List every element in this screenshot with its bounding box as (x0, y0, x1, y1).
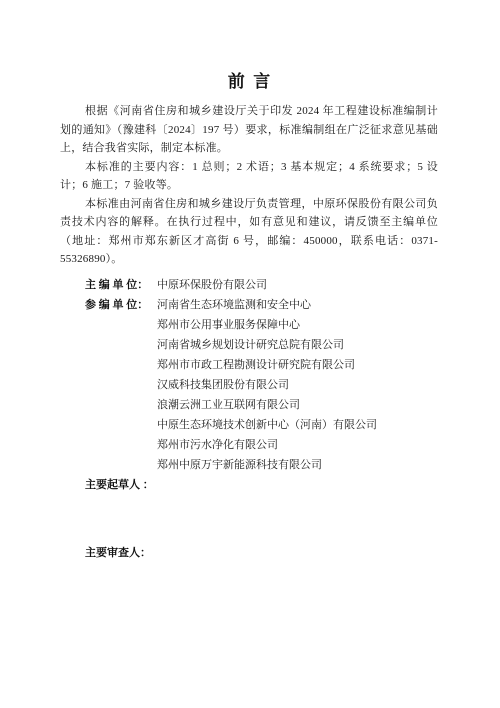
paragraph-basis: 根据《河南省住房和城乡建设厅关于印发 2024 年工程建设标准编制计划的通知》（… (60, 102, 438, 158)
reviewers-row: 主要审查人： (85, 543, 438, 563)
participant-item: 汉威科技集团股份有限公司 (157, 375, 438, 395)
reviewers-label: 主要审查人： (85, 543, 151, 563)
participants-list: 河南省生态环境监测和安全中心 郑州市公用事业服务保障中心 河南省城乡规划设计研究… (157, 295, 438, 475)
participant-item: 河南省城乡规划设计研究总院有限公司 (157, 335, 438, 355)
participant-item: 郑州中原万宇新能源科技有限公司 (157, 455, 438, 475)
chief-editor-row: 主 编 单 位： 中原环保股份有限公司 (85, 275, 438, 295)
page-title: 前 言 (60, 72, 438, 92)
chief-editor-label: 主 编 单 位： (85, 275, 157, 295)
participant-item: 浪潮云洲工业互联网有限公司 (157, 395, 438, 415)
chief-editor-value: 中原环保股份有限公司 (157, 275, 438, 295)
participant-item: 中原生态环境技术创新中心（河南）有限公司 (157, 415, 438, 435)
participants-row: 参 编 单 位： 河南省生态环境监测和安全中心 郑州市公用事业服务保障中心 河南… (85, 295, 438, 475)
participants-label: 参 编 单 位： (85, 295, 157, 315)
drafters-row: 主要起草人 ： (85, 475, 438, 495)
drafters-label: 主要起草人 ： (85, 475, 154, 495)
participant-item: 郑州市市政工程勘测设计研究院有限公司 (157, 355, 438, 375)
participant-item: 郑州市污水净化有限公司 (157, 435, 438, 455)
participant-item: 郑州市公用事业服务保障中心 (157, 315, 438, 335)
paragraph-management: 本标准由河南省住房和城乡建设厅负责管理，中原环保股份有限公司负责技术内容的解释。… (60, 195, 438, 269)
participant-item: 河南省生态环境监测和安全中心 (157, 295, 438, 315)
preface-page: 前 言 根据《河南省住房和城乡建设厅关于印发 2024 年工程建设标准编制计划的… (0, 0, 500, 708)
paragraph-contents: 本标准的主要内容：1 总则；2 术语；3 基本规定；4 系统要求；5 设计；6 … (60, 158, 438, 195)
